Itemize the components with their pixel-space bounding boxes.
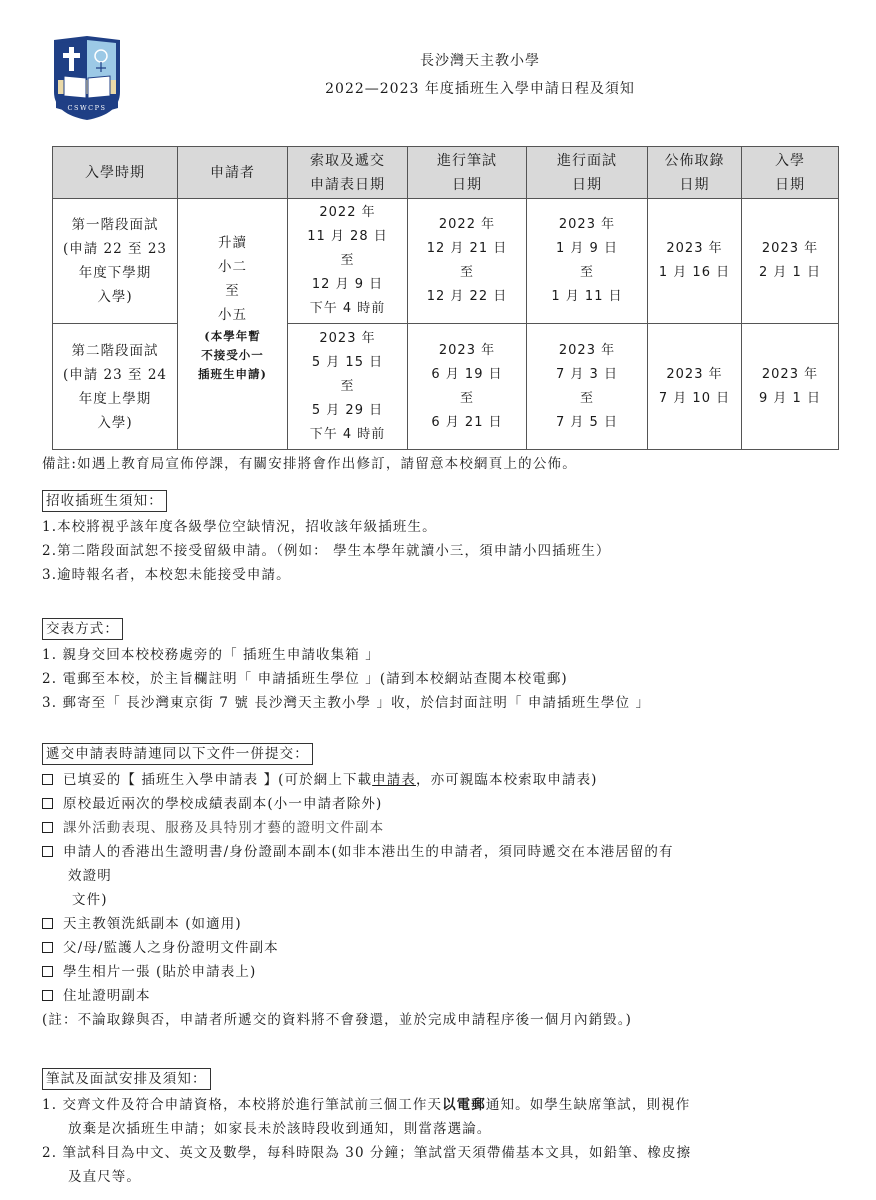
header-written-test: 進行筆試日期 xyxy=(408,147,527,199)
checkbox-icon xyxy=(42,846,53,857)
checklist-item: 父/母/監護人之身份證明文件副本 xyxy=(42,936,842,960)
checkbox-icon xyxy=(42,774,53,785)
written-test-cell: 2023 年 6 月 19 日 至 6 月 21 日 xyxy=(408,324,527,450)
list-item: 2. 筆試科目為中文、英文及數學，每科時限為 30 分鐘；筆試當天須帶備基本文具… xyxy=(42,1141,842,1165)
checklist-item: 課外活動表現、服務及具特別才藝的證明文件副本 xyxy=(42,816,842,840)
applicant-cell: 升讀 小二 至 小五 (本學年暫 不接受小一 插班生申請) xyxy=(178,199,288,450)
checklist-item: 申請人的香港出生證明書/身份證副本副本(如非本港出生的申請者，須同時遞交在本港居… xyxy=(42,840,842,864)
checklist-item: 學生相片一張 (貼於申請表上) xyxy=(42,960,842,984)
checkbox-icon xyxy=(42,798,53,809)
checkbox-icon xyxy=(42,918,53,929)
interview-cell: 2023 年 7 月 3 日 至 7 月 5 日 xyxy=(527,324,648,450)
announce-cell: 2023 年 1 月 16 日 xyxy=(648,199,742,324)
schedule-remark: 備註:如遇上教育局宣佈停課，有關安排將會作出修訂，請留意本校網頁上的公佈。 xyxy=(42,452,577,472)
header-announcement: 公佈取錄日期 xyxy=(648,147,742,199)
checkbox-icon xyxy=(42,942,53,953)
header-admission-date: 入學日期 xyxy=(742,147,839,199)
written-test-cell: 2022 年 12 月 21 日 至 12 月 22 日 xyxy=(408,199,527,324)
section-title: 交表方式： xyxy=(42,618,123,640)
list-item: 1.本校將視乎該年度各級學位空缺情況，招收該年級插班生。 xyxy=(42,515,842,539)
application-form-link[interactable]: 申請表 xyxy=(372,772,416,788)
list-item: 1. 親身交回本校校務處旁的「 插班生申請收集箱 」 xyxy=(42,643,842,667)
checklist-item: 原校最近兩次的學校成績表副本(小一申請者除外) xyxy=(42,792,842,816)
admission-notes-section: 招收插班生須知： 1.本校將視乎該年度各級學位空缺情況，招收該年級插班生。 2.… xyxy=(42,490,842,587)
checklist-item: 已填妥的【 插班生入學申請表 】(可於網上下載申請表，亦可親臨本校索取申請表) xyxy=(42,768,842,792)
test-arrangements-section: 筆試及面試安排及須知： 1. 交齊文件及符合申請資格，本校將於進行筆試前三個工作… xyxy=(42,1068,842,1189)
header-admission-period: 入學時期 xyxy=(53,147,178,199)
submission-methods-section: 交表方式： 1. 親身交回本校校務處旁的「 插班生申請收集箱 」 2. 電郵至本… xyxy=(42,618,842,715)
section-title: 遞交申請表時請連同以下文件一併提交： xyxy=(42,743,313,765)
list-item: 3. 郵寄至「 長沙灣東京街 7 號 長沙灣天主教小學 」收，於信封面註明「 申… xyxy=(42,691,842,715)
list-item-continuation: 及直尺等。 xyxy=(42,1165,842,1189)
list-item: 3.逾時報名者，本校恕未能接受申請。 xyxy=(42,563,842,587)
schedule-table: 入學時期 申請者 索取及遞交申請表日期 進行筆試日期 進行面試日期 公佈取錄日期… xyxy=(52,146,839,450)
admission-date-cell: 2023 年 9 月 1 日 xyxy=(742,324,839,450)
form-dates-cell: 2023 年 5 月 15 日 至 5 月 29 日 下午 4 時前 xyxy=(288,324,408,450)
list-item: 2.第二階段面試恕不接受留級申請。（例如： 學生本學年就讀小三，須申請小四插班生… xyxy=(42,539,842,563)
checkbox-icon xyxy=(42,966,53,977)
table-header-row: 入學時期 申請者 索取及遞交申請表日期 進行筆試日期 進行面試日期 公佈取錄日期… xyxy=(53,147,839,199)
svg-text:CSWCPS: CSWCPS xyxy=(68,104,107,112)
period-cell: 第一階段面試 (申請 22 至 23 年度下學期 入學) xyxy=(53,199,178,324)
table-row: 第二階段面試 (申請 23 至 24 年度上學期 入學) 2023 年 5 月 … xyxy=(53,324,839,450)
document-title: 2022—2023 年度插班生入學申請日程及須知 xyxy=(200,78,760,98)
header-form-dates: 索取及遞交申請表日期 xyxy=(288,147,408,199)
interview-cell: 2023 年 1 月 9 日 至 1 月 11 日 xyxy=(527,199,648,324)
section-title: 招收插班生須知： xyxy=(42,490,167,512)
school-name: 長沙灣天主教小學 xyxy=(200,50,760,70)
school-crest-icon: CSWCPS xyxy=(50,34,124,122)
checklist-item: 天主教領洗紙副本 (如適用) xyxy=(42,912,842,936)
table-row: 第一階段面試 (申請 22 至 23 年度下學期 入學) 升讀 小二 至 小五 … xyxy=(53,199,839,324)
checkbox-icon xyxy=(42,990,53,1001)
list-item: 2. 電郵至本校，於主旨欄註明「 申請插班生學位 」(請到本校網站查閱本校電郵) xyxy=(42,667,842,691)
header-applicant: 申請者 xyxy=(178,147,288,199)
applicant-note: (本學年暫 xyxy=(178,327,287,346)
checkbox-icon xyxy=(42,822,53,833)
form-dates-cell: 2022 年 11 月 28 日 至 12 月 9 日 下午 4 時前 xyxy=(288,199,408,324)
list-item-continuation: 放棄是次插班生申請；如家長未於該時段收到通知，則當落選論。 xyxy=(42,1117,842,1141)
header-interview: 進行面試日期 xyxy=(527,147,648,199)
period-cell: 第二階段面試 (申請 23 至 24 年度上學期 入學) xyxy=(53,324,178,450)
checklist-item: 住址證明副本 xyxy=(42,984,842,1008)
list-item: 1. 交齊文件及符合申請資格，本校將於進行筆試前三個工作天以電郵通知。如學生缺席… xyxy=(42,1093,842,1117)
documents-note: (註：不論取錄與否，申請者所遞交的資料將不會發還，並於完成申請程序後一個月內銷毀… xyxy=(42,1008,842,1032)
wrapped-text: 文件) xyxy=(42,888,842,912)
announce-cell: 2023 年 7 月 10 日 xyxy=(648,324,742,450)
documents-section: 遞交申請表時請連同以下文件一併提交： 已填妥的【 插班生入學申請表 】(可於網上… xyxy=(42,743,842,1032)
admission-date-cell: 2023 年 2 月 1 日 xyxy=(742,199,839,324)
wrapped-text: 效證明 xyxy=(42,864,842,888)
section-title: 筆試及面試安排及須知： xyxy=(42,1068,211,1090)
